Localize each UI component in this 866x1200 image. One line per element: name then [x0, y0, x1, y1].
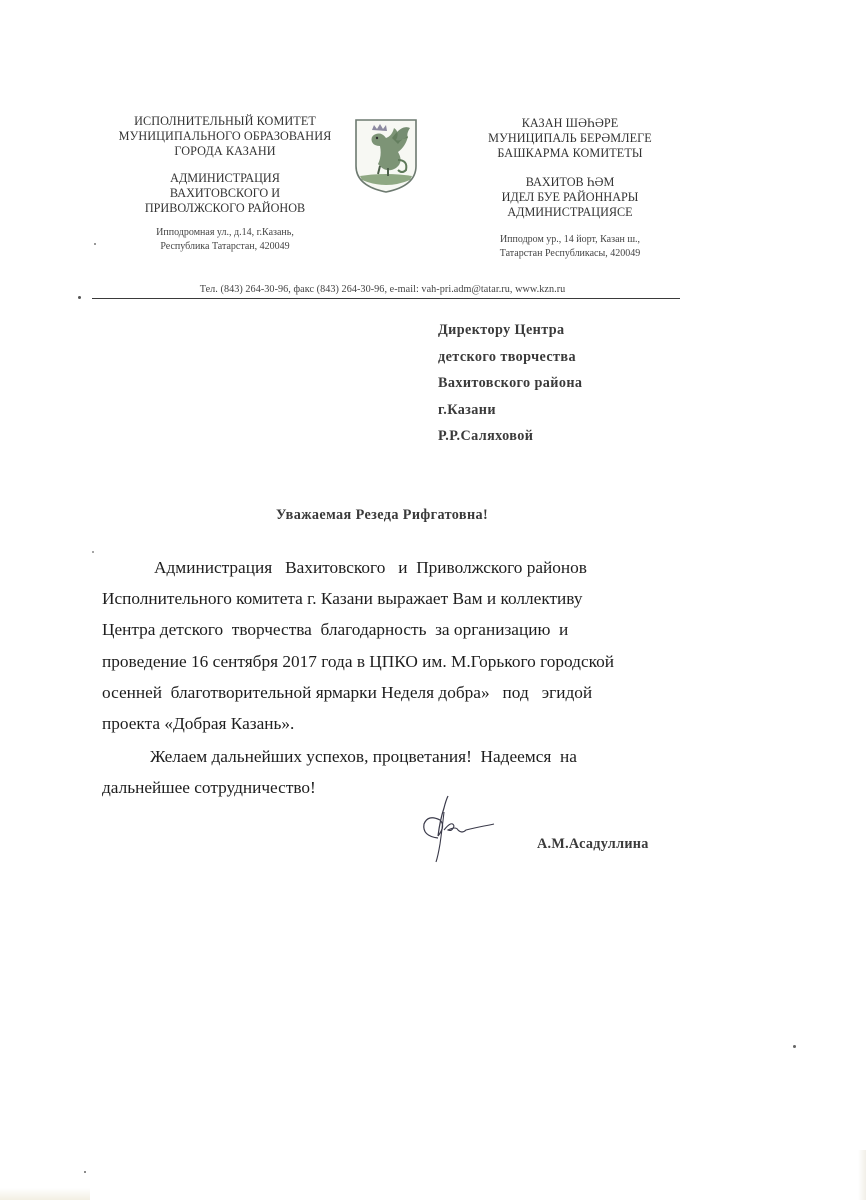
body-line: Центра детского творчества благодарность… — [102, 618, 672, 649]
body-line: осенней благотворительной ярмарки Неделя… — [102, 681, 672, 712]
handwritten-signature-icon — [408, 790, 498, 865]
addressee-line: Р.Р.Саляховой — [438, 426, 698, 453]
body-line: проекта «Добрая Казань». — [102, 712, 672, 743]
letter-closing: Желаем дальнейших успехов, процветания! … — [102, 745, 672, 807]
scan-edge-artifact — [858, 1150, 866, 1200]
scan-speck — [793, 1045, 796, 1048]
body-line: Исполнительного комитета г. Казани выраж… — [102, 587, 672, 618]
letterhead-left-address: Ипподромная ул., д.14, г.Казань, Республ… — [95, 226, 355, 253]
scan-speck — [94, 243, 96, 245]
addressee-line: Вахитовского района — [438, 373, 698, 400]
letterhead-left-organization: ИСПОЛНИТЕЛЬНЫЙ КОМИТЕТ МУНИЦИПАЛЬНОГО ОБ… — [95, 114, 355, 159]
closing-line: Желаем дальнейших успехов, процветания! … — [102, 745, 672, 776]
closing-line: дальнейшее сотрудничество! — [102, 776, 672, 807]
signer-name: А.М.Асадуллина — [537, 836, 649, 853]
letter-page: ИСПОЛНИТЕЛЬНЫЙ КОМИТЕТ МУНИЦИПАЛЬНОГО ОБ… — [0, 0, 866, 1200]
scan-speck — [92, 551, 94, 553]
scan-speck — [84, 1171, 86, 1173]
letterhead-right-administration: ВАХИТОВ ҺӘМ ИДЕЛ БУЕ РАЙОННАРЫ АДМИНИСТР… — [440, 175, 700, 220]
addressee-block: Директору Центра детского творчества Вах… — [438, 320, 698, 453]
letterhead-right: КАЗАН ШӘҺӘРЕ МУНИЦИПАЛЬ БЕРӘМЛЕГЕ БАШКАР… — [440, 114, 700, 260]
addressee-line: детского творчества — [438, 347, 698, 374]
addressee-line: Директору Центра — [438, 320, 698, 347]
body-line: Администрация Вахитовского и Приволжског… — [102, 556, 672, 587]
body-line: проведение 16 сентября 2017 года в ЦПКО … — [102, 650, 672, 681]
addressee-line: г.Казани — [438, 400, 698, 427]
contact-line: Тел. (843) 264-30-96, факс (843) 264-30-… — [85, 284, 680, 295]
salutation: Уважаемая Резеда Рифгатовна! — [276, 507, 488, 524]
scan-speck — [78, 296, 81, 299]
letterhead-divider — [92, 298, 680, 299]
letterhead-right-address: Ипподром ур., 14 йорт, Казан ш., Татарст… — [440, 233, 700, 260]
letterhead-left: ИСПОЛНИТЕЛЬНЫЙ КОМИТЕТ МУНИЦИПАЛЬНОГО ОБ… — [95, 114, 355, 253]
kazan-coat-of-arms-icon — [352, 116, 420, 194]
scan-corner-artifact — [0, 1188, 90, 1200]
letterhead-right-organization: КАЗАН ШӘҺӘРЕ МУНИЦИПАЛЬ БЕРӘМЛЕГЕ БАШКАР… — [440, 116, 700, 161]
letter-body: Администрация Вахитовского и Приволжског… — [102, 556, 672, 743]
letterhead-left-administration: АДМИНИСТРАЦИЯ ВАХИТОВСКОГО И ПРИВОЛЖСКОГ… — [95, 171, 355, 216]
